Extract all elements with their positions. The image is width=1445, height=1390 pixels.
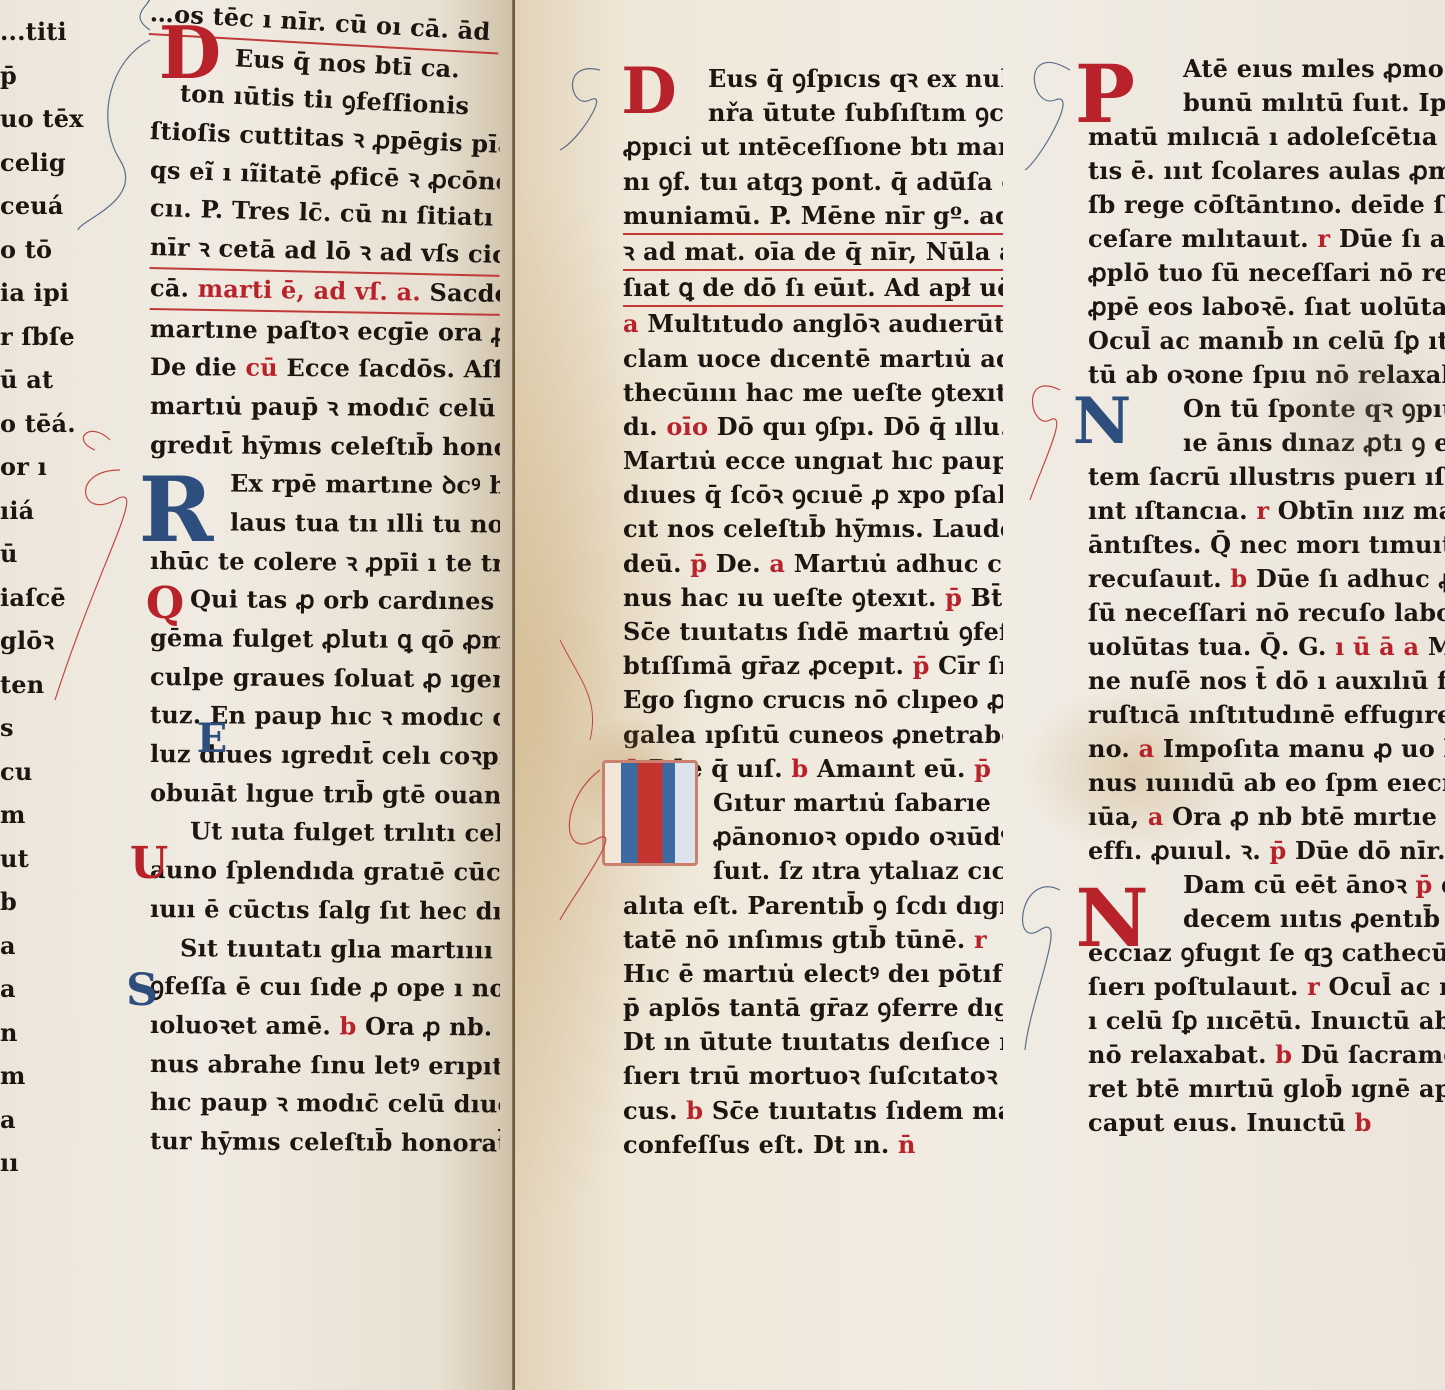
manuscript-line: ſū neceſſarı̇ nō recuſo laboꝛē. ſıat	[1088, 596, 1445, 630]
line-text: m	[0, 800, 26, 829]
manuscript-line: alıta eſt. Parentıb̄ ꝯ ſcdı dıgnı	[623, 889, 1003, 923]
line-text: Dam cū eēt ānoꝛ	[1183, 870, 1407, 899]
line-text: ꝓānonıoꝛ opıdo oꝛıūdꝰ	[713, 822, 1003, 851]
line-text: cā.	[150, 273, 190, 303]
manuscript-line: n	[0, 1011, 108, 1055]
line-text: Gıtur martıu̇ ſabarıe	[713, 788, 991, 817]
line-text: p̄ aplōs tantā gr̄az ꝯferre dıgnat̄ eſt.	[623, 993, 1003, 1022]
line-text: nus ıuıııdū ab eo ſpm eıecıt.	[1088, 768, 1445, 797]
manuscript-line: cā. marti ē, ad vſ. a. Sacdos ꝺei	[150, 269, 501, 316]
manuscript-line: m	[0, 793, 108, 837]
manuscript-line: ſıat ꝗ de dō ſı eūıt. Ad apł uē. ſ. dē ı…	[623, 271, 1003, 307]
manuscript-line: Sıt tıuıtatı glıa martıııı ut	[150, 929, 500, 970]
line-text: Amaınt eū.	[817, 754, 966, 783]
line-text: ū at	[0, 365, 53, 394]
line-text: hıc paup ꝛ modıc̄ celū dıues ıgredı	[150, 1087, 500, 1119]
line-text: obuıāt lıgue trıb̄ gtē ouant	[150, 778, 500, 810]
rubric-text: marti ē, ad vſ. a.	[197, 274, 421, 307]
line-text: Ego ſıgno crucıs nō clıpeo ꝓtect̄ aut	[623, 685, 1003, 714]
rubric-text: p̄	[1415, 870, 1432, 899]
line-text: o tēá.	[0, 409, 76, 438]
manuscript-line: ū	[0, 532, 108, 576]
manuscript-line: ſıerı poſtulauıt. r Ocul̄ ac maı	[1088, 970, 1445, 1004]
line-text: ceſare mılıtauıt.	[1088, 224, 1309, 253]
manuscript-line: ꝓpıcı̇ ut ıntēceſſıone btı martı	[623, 130, 1003, 164]
line-text: ınt ıſtancıa.	[1088, 496, 1248, 525]
line-text: recuſauıt.	[1088, 564, 1222, 593]
line-text: caput eıus. Inuıctū	[1088, 1108, 1346, 1137]
initial-s: S	[120, 968, 164, 1012]
rubric-text: r	[1307, 972, 1320, 1001]
line-text: Multıtudo anglōꝛ audıerūt ıūm	[647, 309, 1003, 338]
line-text: Ora ꝓ nb.	[365, 1011, 493, 1041]
line-text: n	[0, 1018, 18, 1047]
manuscript-line: a	[0, 967, 108, 1011]
line-text: cu	[0, 757, 32, 786]
line-text: dıues q̄ ſcōꝛ ꝯcıuē ꝓ xpo pſalles deou	[623, 480, 1003, 509]
line-text: nřa ūtute ſubſıſtım ꝯcede	[708, 98, 1003, 127]
line-text: dı.	[623, 412, 658, 441]
manuscript-line: Martıu̇ ecce ungıat hıc paup celo	[623, 444, 1003, 478]
line-text: uolūtas tua. Q̄. G.	[1088, 632, 1327, 661]
manuscript-line: ceſare mılıtauıt. r Dūe ſı adh	[1088, 222, 1445, 256]
manuscript-line: nō relaxabat. b Dū ſacrameta offe	[1088, 1038, 1445, 1072]
decorated-initial-r: R	[128, 462, 224, 558]
rubric-text: p̄	[945, 583, 962, 612]
line-text: ꝛ ad mat. oīa de q̄ nīr, Nūla alıa gº	[623, 237, 1003, 266]
line-text: ſıat ꝗ de dō ſı eūıt. Ad apł uē. ſ. dē ı…	[623, 273, 1003, 302]
line-text: ut	[0, 844, 29, 873]
left-page: ...titip̄uo tēxceligceuáo tōia ipir ſbſe…	[0, 0, 515, 1390]
line-text: alıta eſt. Parentıb̄ ꝯ ſcdı dıgnı	[623, 891, 1003, 920]
manuscript-line: nus hac ıu ueſte ꝯtexıt. p̄ Bt̄s ū. a	[623, 581, 1003, 615]
line-text: m	[0, 1061, 26, 1090]
line-text: Dt ın ūtute tıuıtatıs deıſıce ınereretur	[623, 1027, 1003, 1056]
line-text: Impoſıta manu ꝓ uo btē mar	[1163, 734, 1445, 763]
line-text: ꝓplō tuo ſū neceſſarı̇ nō recuſo ſbꝛe	[1088, 258, 1445, 287]
line-text: ...titi	[0, 17, 67, 46]
line-text: tur hȳmıs celeſtıb̄ honorat̄.	[150, 1126, 500, 1158]
line-text: tū ab oꝛone ſpıu nō relaxabat. ſıa	[1088, 360, 1445, 389]
line-text: thecūıııı hac me ueſte ꝯtexıt.	[623, 378, 1003, 407]
rubric-text: a	[1139, 734, 1155, 763]
manuscript-line: Ut ıuta fulget trılıtı celē ıı	[150, 812, 500, 853]
manuscript-line: ınt ıſtancıa. r Obtīn ııız mart	[1088, 494, 1445, 528]
line-text: Sc̄e tıuıtatıs ſıdem martınꝰ	[712, 1096, 1003, 1125]
rubric-mark: a	[623, 309, 647, 338]
line-text: De die	[150, 352, 237, 382]
manuscript-line: uo tēx	[0, 97, 108, 141]
decorated-initial-p: P	[1060, 54, 1150, 134]
line-text: Qui tas ꝓ orb cardınes ꝗ	[190, 585, 500, 616]
line-text: Eus q̄ nos btī	[234, 43, 413, 81]
manuscript-line: nus ıuıııdū ab eo ſpm eıecıt. p̄ Bt	[1088, 766, 1445, 800]
line-text: r ſbſe	[0, 322, 75, 351]
line-text: gēma fulget ꝓlutı ꝗ qō ꝓmıtt	[150, 623, 500, 655]
rubric-text: a	[1148, 802, 1164, 831]
manuscript-line: tatē nō ınſımıs gtıb̄ tūnē. r	[623, 923, 1003, 957]
manuscript-line: ut	[0, 837, 108, 881]
rubric-text: p̄	[913, 651, 930, 680]
manuscript-line: ceuá	[0, 184, 108, 228]
line-text: martıne paſtoꝛ ecgīe ora ꝓ nb̄ dēū	[150, 314, 500, 348]
line-text: galea ıpſıtū cuneos ꝓnetrabo ſecuꝛ.	[623, 720, 1003, 749]
line-text: no.	[1088, 734, 1130, 763]
line-text: De.	[716, 549, 761, 578]
rubric-text: ı ū ā a	[1335, 632, 1419, 661]
line-text: bunū mılıtū ſuıt. Ipē a	[1183, 88, 1445, 117]
manuscript-line: Ocul̄ ac manıb̄ ın celū ſꝑ ıtent̄ ıu	[1088, 324, 1445, 358]
line-text: Ora ꝓ nb btē mırtıe ut dıg	[1172, 802, 1445, 831]
manuscript-line: b	[0, 880, 108, 924]
rubric-text: b	[686, 1096, 703, 1125]
manuscript-line: m	[0, 1054, 108, 1098]
manuscript-line: ıuıı ē cūctıs ſalg ſıt hec dıes.	[150, 890, 500, 931]
manuscript-line: martıu̇ paup̄ ꝛ modıc̄ celū dıtes ın	[150, 387, 500, 428]
line-text: b	[0, 887, 17, 916]
line-text: deū.	[623, 549, 682, 578]
manuscript-line: ꝓpē eos laboꝛē. ſıat uolūtas tua. r	[1088, 290, 1445, 324]
line-text: Martıu̇ adhuc catheca	[794, 549, 1003, 578]
line-text: Sacdos ꝺei	[429, 277, 500, 308]
line-text: a	[0, 1105, 16, 1134]
manuscript-line: o tō	[0, 228, 108, 272]
left-text-column: …os tēc ı nīr. cū oı cā. ād ſtEus q̄ nos…	[150, 0, 500, 1161]
manuscript-line: iaſcē	[0, 576, 108, 620]
manuscript-line: ſb rege cōſtāntıno. deīde ſb ıulıa	[1088, 188, 1445, 222]
rubric-text: b	[1275, 1040, 1292, 1069]
manuscript-line: ıūa, a Ora ꝓ nb btē mırtıe ut dıg	[1088, 800, 1445, 834]
line-text: ſū neceſſarı̇ nō recuſo laboꝛē. ſıat	[1088, 598, 1445, 627]
line-text: martıu̇ paup̄ ꝛ modıc̄ celū dıtes ın	[150, 391, 500, 423]
line-text: ıiá	[0, 496, 34, 525]
line-text: Martı	[1428, 632, 1445, 661]
line-text: Martıu̇ ecce ungıat hıc paup celo	[623, 446, 1003, 475]
line-text: Cīr ſıc.	[938, 651, 1003, 680]
line-text: ıoluoꝛet amē.	[150, 1010, 331, 1040]
rubric-text: r	[974, 925, 987, 954]
manuscript-line: ꝓplō tuo ſū neceſſarı̇ nō recuſo ſbꝛe	[1088, 256, 1445, 290]
manuscript-line: tem ſacrū ıllustrıs puerı ıſpı	[1088, 460, 1445, 494]
manuscript-line: Hıc ē martıu̇ electꝰ deı pōtıfer cuı dō	[623, 957, 1003, 991]
manuscript-spread: ...titip̄uo tēxceligceuáo tōia ipir ſbſe…	[0, 0, 1445, 1390]
manuscript-line: o tēá.	[0, 402, 108, 446]
line-text: tem ſacrū ıllustrıs puerı ıſpı	[1088, 462, 1445, 491]
line-text: ꝓpē eos laboꝛē. ſıat uolūtas tua.	[1088, 292, 1445, 321]
rubric-text: p̄	[690, 549, 707, 578]
manuscript-line: tur hȳmıs celeſtıb̄ honorat̄. p̄ m. oīo	[150, 1122, 500, 1163]
line-text: Dūe ſı adhuc ꝓplo tuo	[1256, 564, 1445, 593]
manuscript-line: p̄ aplōs tantā gr̄az ꝯferre dıgnat̄ eſt.	[623, 991, 1003, 1025]
decorated-initial-i: I	[602, 760, 698, 866]
line-text: clam uoce dıcentē martıu̇ adhuc ca	[623, 344, 1003, 373]
rubric-text: b	[791, 754, 808, 783]
manuscript-line: ne nuſē nos t̄ dō ı auxılıū ferre et	[1088, 664, 1445, 698]
manuscript-line: recuſauıt. b Dūe ſı adhuc ꝓplo tuo	[1088, 562, 1445, 596]
line-text: ne nuſē nos t̄ dō ı auxılıū ferre et	[1088, 666, 1445, 695]
manuscript-line: cıt nos celeſtıb̄ hȳmıs. Laudenı ı hūc	[623, 512, 1003, 546]
line-text: ſıerı poſtulauıt.	[1088, 972, 1299, 1001]
line-text: Hıc ē martıu̇ electꝰ deı pōtıfer cuı dō	[623, 959, 1003, 988]
manuscript-line: no. a Impoſıta manu ꝓ uo btē mar	[1088, 732, 1445, 766]
manuscript-line: effı. ꝓuıul. ꝛ. p̄ Dūe dō nīr. b Inſtıt	[1088, 834, 1445, 868]
line-text: ten	[0, 670, 44, 699]
decorated-initial-d: D	[150, 18, 230, 86]
manuscript-line: hıc paup ꝛ modıc̄ celū dıues ıgredı	[150, 1083, 500, 1124]
manuscript-line: ret btē mırtıū glob̄ ıgnē apparuıt ſup	[1088, 1072, 1445, 1106]
manuscript-line: deū. p̄ De. a Martıu̇ adhuc catheca	[623, 547, 1003, 581]
manuscript-line: a	[0, 1098, 108, 1142]
line-text: nı ꝯf. tuı atqꝫ pont. q̄ adūſa oīa	[623, 167, 1003, 196]
manuscript-line: Ego ſıgno crucıs nō clıpeo ꝓtect̄ aut	[623, 683, 1003, 717]
manuscript-line: ıoluoꝛet amē. b Ora ꝓ nb. a Martı	[150, 1006, 500, 1047]
manuscript-line: Qui tas ꝓ orb cardınes ꝗ	[150, 580, 500, 621]
line-text: o tō	[0, 235, 52, 264]
manuscript-line: Dt ın ūtute tıuıtatıs deıſıce ınereretur	[623, 1025, 1003, 1059]
manuscript-line: p̄	[0, 54, 108, 98]
line-text: ū	[0, 539, 18, 568]
rubric-text: cū	[245, 353, 278, 382]
manuscript-line: ꝯfeſſa ē cuı ſıde ꝓ ope ı nos ꝛ ıpē	[150, 967, 500, 1008]
line-text: Ut ıuta fulget trılıtı celē ıı	[190, 817, 500, 848]
manuscript-line: or ı	[0, 445, 108, 489]
manuscript-line: dıues q̄ ſcōꝛ ꝯcıuē ꝓ xpo pſalles deou	[623, 478, 1003, 512]
manuscript-line: āntıſtes. Q̄ nec morı tımuıt ıȷ ınu	[1088, 528, 1445, 562]
line-text: culpe graues ſoluat ꝓ ıgens ım	[150, 662, 500, 694]
line-text: Dō quı ꝯſpı. Dō q̄ ıllu.	[717, 412, 1003, 441]
line-text: iaſcē	[0, 583, 66, 612]
manuscript-line: ſıerı trıū mortuoꝛ ſuſcıtatoꝛ ıngnıfı	[623, 1059, 1003, 1093]
manuscript-line: cu	[0, 750, 108, 794]
line-text: Dū ſacrameta offe	[1301, 1040, 1445, 1069]
line-text: Dūe dō nīr.	[1295, 836, 1445, 865]
line-text: Bt̄s ū.	[971, 583, 1003, 612]
line-text: Atē eıus mıles ꝓmo ꝑ tr	[1183, 54, 1445, 83]
line-text: celig	[0, 148, 66, 177]
line-text: a	[0, 931, 16, 960]
manuscript-line: tū ab oꝛone ſpıu nō relaxabat. ſıa	[1088, 358, 1445, 392]
rubric-text: n̄	[898, 1130, 916, 1159]
line-text: ceuá	[0, 191, 64, 220]
manuscript-line: a	[0, 924, 108, 968]
manuscript-line: ıiá	[0, 489, 108, 533]
manuscript-line: clam uoce dıcentē martıu̇ adhuc ca	[623, 342, 1003, 376]
manuscript-line: celig	[0, 141, 108, 185]
line-text: cıı. P. Tres lc̄. cū nı ſitiatı	[150, 193, 494, 232]
manuscript-line: Sc̄e tıuıtatıs ſıdē martıu̇ ꝯfeſſa ē et	[623, 615, 1003, 649]
manuscript-line: obuıāt lıgue trıb̄ gtē ouant	[150, 774, 500, 815]
manuscript-line: ia ipi	[0, 271, 108, 315]
manuscript-line: r ſbſe	[0, 315, 108, 359]
line-text: Ocul̄ ac maı	[1329, 972, 1445, 1001]
manuscript-line: btıſſımā gr̄az ꝓcepıt. p̄ Cīr ſıc. a	[623, 649, 1003, 683]
line-text: muniamū. P. Mēne nīr gº. ad vſ	[623, 201, 1003, 230]
left-edge-column: ...titip̄uo tēxceligceuáo tōia ipir ſbſe…	[0, 10, 108, 1185]
line-text: On tū ſponte qꝛ ꝯpıuns	[1183, 394, 1445, 423]
line-text: uo tēx	[0, 104, 84, 133]
decorated-initial-d: D	[610, 62, 688, 120]
manuscript-line: cus. b Sc̄e tıuıtatıs ſıdem martınꝰ	[623, 1094, 1003, 1128]
manuscript-line: ...titi	[0, 10, 108, 54]
manuscript-line: nus abrahe ſınu letꝰ erıpıt martıı	[150, 1045, 500, 1086]
line-text: ſb rege cōſtāntıno. deīde ſb ıulıa	[1088, 190, 1445, 219]
rubric-text: p̄	[1269, 836, 1286, 865]
initial-u: U	[124, 840, 174, 886]
rubric-text: r	[1317, 224, 1330, 253]
rubric-text: oīo	[666, 412, 708, 441]
manuscript-line: thecūıııı hac me ueſte ꝯtexıt. p̄ Aūc	[623, 376, 1003, 410]
line-text: duer	[1441, 870, 1445, 899]
manuscript-line: a Multıtudo anglōꝛ audıerūt ıūm	[623, 307, 1003, 341]
line-text: btıſſımā gr̄az ꝓcepıt.	[623, 651, 904, 680]
line-text: tatē nō ınſımıs gtıb̄ tūnē.	[623, 925, 965, 954]
manuscript-line: s	[0, 706, 108, 750]
manuscript-line: muniamū. P. Mēne nīr gº. ad vſ	[623, 199, 1003, 235]
manuscript-line: tıs ē. ıııt ſcolares aulas ꝓm	[1088, 154, 1445, 188]
manuscript-line: ı celū ſꝑ ıııcētū. Inuıctū ab oꝛone ſꝑ	[1088, 1004, 1445, 1038]
line-text: ſuıt. ſz ıtra ytalıaz cıcıtu	[713, 856, 1003, 885]
line-text: ꝯfeſſa ē cuı ſıde ꝓ ope ı nos ꝛ ıpē	[150, 971, 500, 1003]
line-text: a	[0, 974, 16, 1003]
line-text: ruſtıcā ınſtıtudınē effugıre.	[1088, 700, 1445, 729]
manuscript-line: caput eıus. Inuıctū b	[1088, 1106, 1445, 1140]
line-text: laus tua tıı ılli̇ tu nos	[230, 507, 500, 538]
manuscript-line: ıı	[0, 1141, 108, 1185]
line-text: ıı	[0, 1148, 19, 1177]
line-text: cus.	[623, 1096, 678, 1125]
middle-text-column: Eus q̄ ꝯſpıcıs qꝛ ex nullanřa ūtute ſubſ…	[623, 62, 1003, 1162]
line-text: Dūe ſı adh	[1339, 224, 1445, 253]
line-text: or ı	[0, 452, 47, 481]
manuscript-line: De die cū Ecce ſacdōs. Aſſa b Hic	[150, 348, 500, 389]
initial-q: Q	[140, 580, 190, 626]
manuscript-line: ū at	[0, 358, 108, 402]
manuscript-line: dı. oīo Dō quı ꝯſpı. Dō q̄ ıllu. vıt	[623, 410, 1003, 444]
line-text: ret btē mırtıū glob̄ ıgnē apparuıt ſup	[1088, 1074, 1445, 1103]
line-text: nīr ꝛ cetā ad lō ꝛ ad vſs cic ſ ıūr ci	[150, 232, 501, 271]
manuscript-line: gēma fulget ꝓlutı ꝗ qō ꝓmıtt	[150, 619, 500, 660]
right-text-column: Atē eıus mıles ꝓmo ꝑ trbunū mılıtū ſuıt.…	[1088, 52, 1445, 1140]
line-text: ı celū ſꝑ ıııcētū. Inuıctū ab oꝛone ſꝑ	[1088, 1006, 1445, 1035]
line-text: Eus q̄ ꝯſpıcıs qꝛ ex nulla	[708, 64, 1003, 93]
initial-e: E	[190, 718, 234, 758]
manuscript-line: ten	[0, 663, 108, 707]
line-text: ca.	[420, 52, 461, 83]
line-text: ſıerı trıū mortuoꝛ ſuſcıtatoꝛ ıngnıfı	[623, 1061, 1003, 1090]
decorated-initial-n: N	[1062, 388, 1142, 454]
manuscript-line: confeſſus eſt. Dt ın. n̄	[623, 1128, 1003, 1162]
line-text: p̄	[0, 61, 17, 90]
manuscript-line: nı ꝯf. tuı atqꝫ pont. q̄ adūſa oīa	[623, 165, 1003, 199]
line-text: Sc̄e tıuıtatıs ſıdē martıu̇ ꝯfeſſa ē et	[623, 617, 1003, 646]
rubric-text: b	[1230, 564, 1247, 593]
line-text: ꝓpıcı̇ ut ıntēceſſıone btı martı	[623, 132, 1003, 161]
manuscript-line: martıne paſtoꝛ ecgīe ora ꝓ nb̄ dēū	[150, 310, 500, 353]
line-text: āntıſtes. Q̄ nec morı tımuıt ıȷ ınu	[1088, 530, 1445, 559]
manuscript-line: uolūtas tua. Q̄. G. ı ū ā a Martı	[1088, 630, 1445, 664]
line-text: ıūa,	[1088, 802, 1139, 831]
right-page: Eus q̄ ꝯſpıcıs qꝛ ex nullanřa ūtute ſubſ…	[515, 0, 1445, 1390]
manuscript-line: culpe graues ſoluat ꝓ ıgens ım	[150, 658, 500, 699]
manuscript-line: ruſtıcā ınſtıtudınē effugıre. p̄ Cū ı	[1088, 698, 1445, 732]
line-text: nus hac ıu ueſte ꝯtexıt.	[623, 583, 937, 612]
manuscript-line: glōꝛ	[0, 619, 108, 663]
line-text: auno ſplendıda gratıē cūctıs pi	[150, 855, 500, 887]
rubric-text: b	[339, 1011, 356, 1040]
line-text: ıe ānıs dınaz ꝓtı ꝯ eun	[1183, 428, 1445, 457]
line-text: Ex rpē martıne ꝺcꝰ hic	[230, 469, 500, 500]
line-text: glōꝛ	[0, 626, 54, 655]
line-text: s	[0, 713, 14, 742]
line-text: Ecce ſacdōs. Aſſa	[286, 353, 500, 384]
line-text: ıuıı ē cūctıs ſalg ſıt hec dıes.	[150, 894, 500, 926]
manuscript-line: ꝛ ad mat. oīa de q̄ nīr, Nūla alıa gº	[623, 235, 1003, 271]
line-text: Sıt tıuıtatı glıa martıııı ut	[180, 933, 500, 964]
line-text: confeſſus eſt. Dt ın.	[623, 1130, 889, 1159]
line-text: cıt nos celeſtıb̄ hȳmıs. Laudenı ı hūc	[623, 514, 1003, 543]
line-text: Ocul̄ ac manıb̄ ın celū ſꝑ ıtent̄ ıu	[1088, 326, 1445, 355]
line-text: nus abrahe ſınu letꝰ erıpıt martıı	[150, 1049, 500, 1081]
rubric-text: a	[769, 549, 785, 578]
line-text: Obtīn ııız mart	[1278, 496, 1445, 525]
line-text: nō relaxabat.	[1088, 1040, 1267, 1069]
decorated-initial-n: N	[1062, 878, 1162, 958]
rubric-text: r	[1256, 496, 1269, 525]
manuscript-line: auno ſplendıda gratıē cūctıs pi	[150, 851, 500, 892]
line-text: decem ıııtıs ꝓentıb̄ ad	[1183, 904, 1445, 933]
line-text: tıs ē. ıııt ſcolares aulas ꝓm	[1088, 156, 1445, 185]
line-text: ia ipi	[0, 278, 69, 307]
line-text: effı. ꝓuıul. ꝛ.	[1088, 836, 1261, 865]
manuscript-line: galea ıpſıtū cuneos ꝓnetrabo ſecuꝛ.	[623, 718, 1003, 752]
rubric-mark: b	[1355, 1108, 1372, 1137]
rubric-text: p̄	[974, 754, 991, 783]
